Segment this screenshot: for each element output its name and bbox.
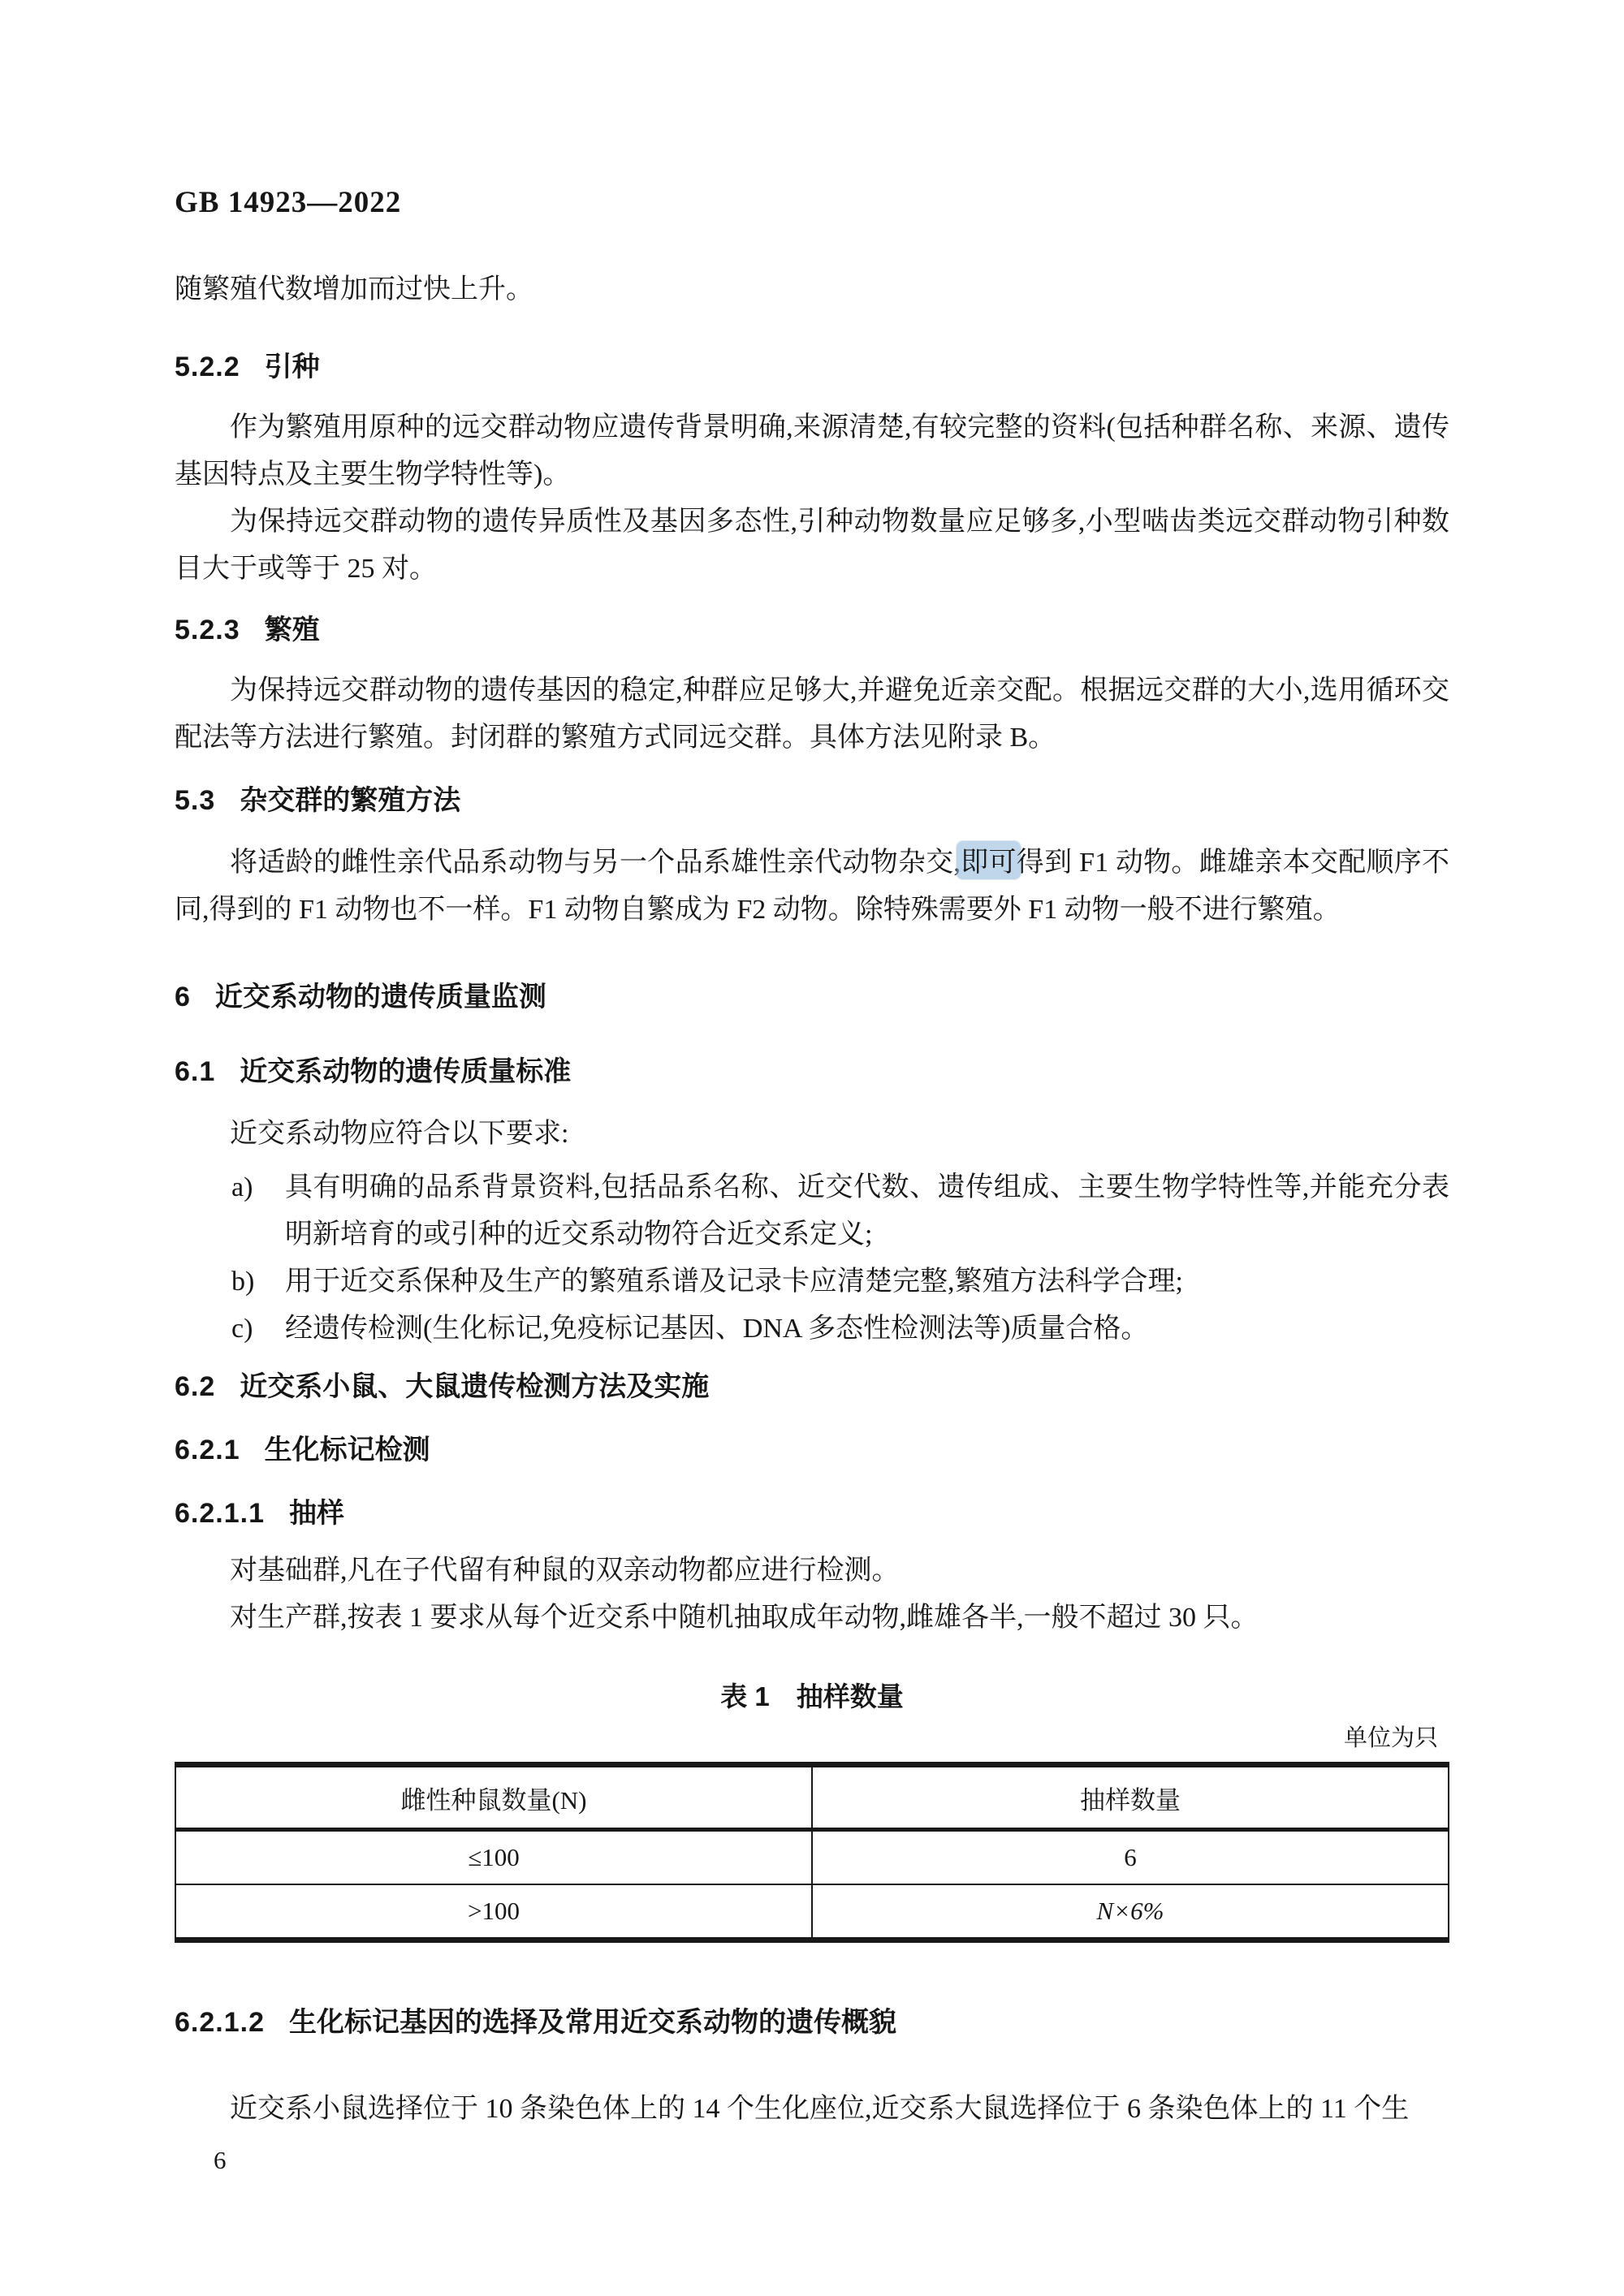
- body-paragraph: 作为繁殖用原种的远交群动物应遗传背景明确,来源清楚,有较完整的资料(包括种群名称…: [175, 404, 1449, 498]
- heading-number: 5.2.2: [175, 347, 240, 386]
- page-number: 6: [175, 2144, 1449, 2177]
- section-5-2-2-body: 作为繁殖用原种的远交群动物应遗传背景明确,来源清楚,有较完整的资料(包括种群名称…: [175, 404, 1449, 593]
- sampling-quantity-table: 雌性种鼠数量(N) 抽样数量 ≤100 6 >100 N×6%: [175, 1762, 1449, 1943]
- section-heading-5-2-3: 5.2.3 繁殖: [175, 611, 1449, 650]
- list-item-a: a) 具有明确的品系背景资料,包括品系名称、近交代数、遗传组成、主要生物学特性等…: [175, 1164, 1449, 1258]
- table-caption: 表 1 抽样数量: [175, 1679, 1449, 1715]
- standard-number-header: GB 14923—2022: [175, 185, 1449, 221]
- body-paragraph: 对生产群,按表 1 要求从每个近交系中随机抽取成年动物,雌雄各半,一般不超过 3…: [175, 1595, 1449, 1642]
- list-item-text: 用于近交系保种及生产的繁殖系谱及记录卡应清楚完整,繁殖方法科学合理;: [285, 1267, 1183, 1297]
- data-cell: >100: [175, 1884, 812, 1940]
- section-heading-5-3: 5.3 杂交群的繁殖方法: [175, 781, 1449, 820]
- heading-number: 5.2.3: [175, 611, 240, 650]
- column-header-female-breeder-count: 雌性种鼠数量(N): [175, 1765, 812, 1830]
- section-heading-6-1: 6.1 近交系动物的遗传质量标准: [175, 1052, 1449, 1091]
- data-cell: ≤100: [175, 1830, 812, 1885]
- text-before-highlight: 将适龄的雌性亲代品系动物与另一个品系雄性亲代动物杂交,: [230, 848, 961, 878]
- section-heading-6-2: 6.2 近交系小鼠、大鼠遗传检测方法及实施: [175, 1367, 1449, 1406]
- heading-title: 生化标记基因的选择及常用近交系动物的遗传概貌: [289, 2003, 896, 2042]
- section-heading-6-2-1: 6.2.1 生化标记检测: [175, 1431, 1449, 1470]
- body-paragraph: 为保持远交群动物的遗传异质性及基因多态性,引种动物数量应足够多,小型啮齿类远交群…: [175, 498, 1449, 593]
- heading-number: 5.3: [175, 781, 215, 820]
- list-item-text: 具有明确的品系背景资料,包括品系名称、近交代数、遗传组成、主要生物学特性等,并能…: [285, 1172, 1449, 1249]
- document-page: { "doc": { "header": "GB 14923—2022", "p…: [0, 0, 1624, 2296]
- requirements-list: a) 具有明确的品系背景资料,包括品系名称、近交代数、遗传组成、主要生物学特性等…: [175, 1164, 1449, 1353]
- list-marker: a): [231, 1164, 280, 1211]
- heading-title: 近交系动物的遗传质量监测: [215, 978, 546, 1016]
- column-header-sample-quantity: 抽样数量: [812, 1765, 1449, 1830]
- heading-title: 繁殖: [265, 611, 320, 650]
- table-unit-note: 单位为只: [175, 1723, 1449, 1754]
- heading-number: 6.2: [175, 1367, 215, 1406]
- table-header-row: 雌性种鼠数量(N) 抽样数量: [175, 1765, 1449, 1830]
- heading-number: 6.2.1.2: [175, 2003, 265, 2042]
- section-heading-6-2-1-2: 6.2.1.2 生化标记基因的选择及常用近交系动物的遗传概貌: [175, 2003, 1449, 2042]
- carryover-paragraph: 随繁殖代数增加而过快上升。: [175, 266, 1449, 313]
- heading-number: 6.1: [175, 1052, 215, 1091]
- requirements-intro: 近交系动物应符合以下要求:: [175, 1111, 1449, 1158]
- heading-title: 杂交群的繁殖方法: [240, 781, 460, 820]
- body-paragraph: 对基础群,凡在子代留有种鼠的双亲动物都应进行检测。: [175, 1547, 1449, 1595]
- heading-number: 6.2.1: [175, 1431, 240, 1470]
- list-item-text: 经遗传检测(生化标记,免疫标记基因、DNA 多态性检测法等)质量合格。: [285, 1314, 1148, 1344]
- section-heading-6-2-1-1: 6.2.1.1 抽样: [175, 1494, 1449, 1533]
- heading-title: 引种: [265, 347, 320, 386]
- list-marker: b): [231, 1258, 280, 1306]
- heading-title: 近交系小鼠、大鼠遗传检测方法及实施: [240, 1367, 709, 1406]
- heading-number: 6: [175, 978, 191, 1016]
- table-row: ≤100 6: [175, 1830, 1449, 1885]
- data-cell: 6: [812, 1830, 1449, 1885]
- text-highlight: 即可: [957, 841, 1021, 879]
- section-6-2-1-1-body: 对基础群,凡在子代留有种鼠的双亲动物都应进行检测。 对生产群,按表 1 要求从每…: [175, 1547, 1449, 1642]
- section-heading-6: 6 近交系动物的遗传质量监测: [175, 978, 1449, 1016]
- list-marker: c): [231, 1306, 280, 1353]
- table-row: >100 N×6%: [175, 1884, 1449, 1940]
- section-heading-5-2-2: 5.2.2 引种: [175, 347, 1449, 386]
- list-item-b: b) 用于近交系保种及生产的繁殖系谱及记录卡应清楚完整,繁殖方法科学合理;: [175, 1258, 1449, 1306]
- heading-title: 抽样: [289, 1494, 344, 1533]
- page-content: GB 14923—2022 随繁殖代数增加而过快上升。 5.2.2 引种 作为繁…: [0, 0, 1624, 2296]
- heading-title: 生化标记检测: [265, 1431, 430, 1470]
- body-paragraph: 近交系小鼠选择位于 10 条染色体上的 14 个生化座位,近交系大鼠选择位于 6…: [175, 2086, 1449, 2133]
- heading-number: 6.2.1.1: [175, 1494, 265, 1533]
- body-paragraph-with-highlight: 将适龄的雌性亲代品系动物与另一个品系雄性亲代动物杂交,即可得到 F1 动物。雌雄…: [175, 839, 1449, 934]
- data-cell: N×6%: [812, 1884, 1449, 1940]
- heading-title: 近交系动物的遗传质量标准: [240, 1052, 571, 1091]
- list-item-c: c) 经遗传检测(生化标记,免疫标记基因、DNA 多态性检测法等)质量合格。: [175, 1306, 1449, 1353]
- body-paragraph: 为保持远交群动物的遗传基因的稳定,种群应足够大,并避免近亲交配。根据远交群的大小…: [175, 667, 1449, 762]
